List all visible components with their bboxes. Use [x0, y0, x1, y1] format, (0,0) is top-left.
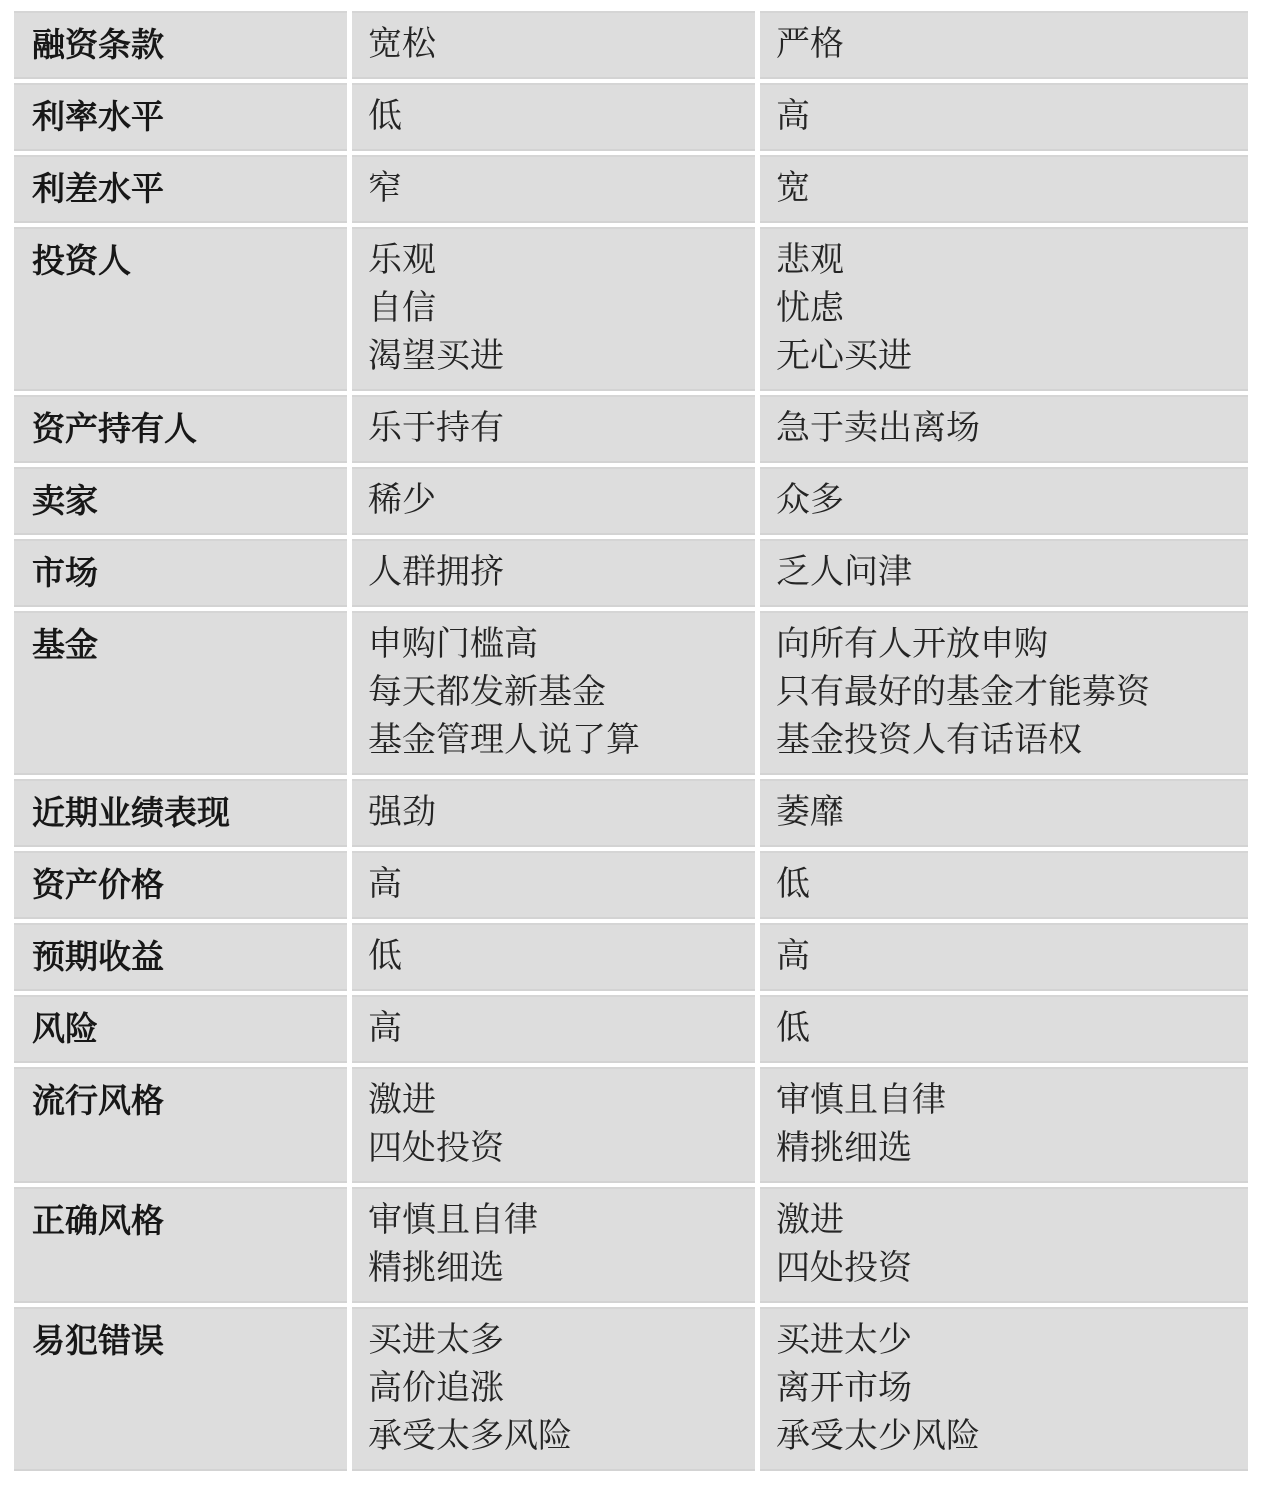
cell-line: 低 [368, 933, 739, 981]
cell-line: 高 [776, 933, 1232, 981]
cell-line: 悲观 [776, 237, 1232, 285]
value-cell-col2: 萎靡 [760, 779, 1248, 847]
value-cell-col2: 低 [760, 851, 1248, 919]
cell-line: 高 [368, 861, 739, 909]
value-cell-col2: 乏人问津 [760, 539, 1248, 607]
row-label: 资产持有人 [14, 395, 347, 463]
cell-line: 低 [776, 1005, 1232, 1053]
cell-line: 强劲 [368, 789, 739, 837]
value-cell-col2: 高 [760, 923, 1248, 991]
row-label: 投资人 [14, 227, 347, 391]
value-cell-col2: 宽 [760, 155, 1248, 223]
page: 融资条款宽松严格利率水平低高利差水平窄宽投资人乐观自信渴望买进悲观忧虑无心买进资… [0, 0, 1262, 1496]
cell-line: 向所有人开放申购 [776, 621, 1232, 669]
row-label: 利差水平 [14, 155, 347, 223]
cell-line: 萎靡 [776, 789, 1232, 837]
row-label: 卖家 [14, 467, 347, 535]
value-cell-col1: 人群拥挤 [352, 539, 755, 607]
row-label: 流行风格 [14, 1067, 347, 1183]
cell-line: 严格 [776, 21, 1232, 69]
row-label: 近期业绩表现 [14, 779, 347, 847]
cell-line: 无心买进 [776, 333, 1232, 381]
value-cell-col1: 乐于持有 [352, 395, 755, 463]
cell-line: 宽 [776, 165, 1232, 213]
value-cell-col2: 低 [760, 995, 1248, 1063]
row-label: 风险 [14, 995, 347, 1063]
value-cell-col1: 低 [352, 83, 755, 151]
cell-line: 只有最好的基金才能募资 [776, 669, 1232, 717]
value-cell-col1: 宽松 [352, 11, 755, 79]
value-cell-col2: 审慎且自律精挑细选 [760, 1067, 1248, 1183]
row-label: 资产价格 [14, 851, 347, 919]
cell-line: 高价追涨 [368, 1365, 739, 1413]
cell-line: 承受太少风险 [776, 1413, 1232, 1461]
value-cell-col2: 严格 [760, 11, 1248, 79]
value-cell-col2: 买进太少离开市场承受太少风险 [760, 1307, 1248, 1471]
value-cell-col1: 高 [352, 995, 755, 1063]
cell-line: 基金管理人说了算 [368, 717, 739, 765]
cell-line: 宽松 [368, 21, 739, 69]
value-cell-col1: 申购门槛高每天都发新基金基金管理人说了算 [352, 611, 755, 775]
cell-line: 自信 [368, 285, 739, 333]
cell-line: 四处投资 [776, 1245, 1232, 1293]
row-label: 易犯错误 [14, 1307, 347, 1471]
cell-line: 审慎且自律 [368, 1197, 739, 1245]
row-label: 预期收益 [14, 923, 347, 991]
cell-line: 审慎且自律 [776, 1077, 1232, 1125]
cell-line: 渴望买进 [368, 333, 739, 381]
value-cell-col1: 乐观自信渴望买进 [352, 227, 755, 391]
cell-line: 乐于持有 [368, 405, 739, 453]
row-label: 市场 [14, 539, 347, 607]
cell-line: 精挑细选 [368, 1245, 739, 1293]
cell-line: 激进 [368, 1077, 739, 1125]
value-cell-col1: 审慎且自律精挑细选 [352, 1187, 755, 1303]
value-cell-col2: 急于卖出离场 [760, 395, 1248, 463]
cell-line: 激进 [776, 1197, 1232, 1245]
cell-line: 买进太多 [368, 1317, 739, 1365]
cell-line: 基金投资人有话语权 [776, 717, 1232, 765]
cell-line: 低 [368, 93, 739, 141]
cell-line: 低 [776, 861, 1232, 909]
cell-line: 乐观 [368, 237, 739, 285]
value-cell-col2: 激进四处投资 [760, 1187, 1248, 1303]
value-cell-col1: 窄 [352, 155, 755, 223]
cell-line: 众多 [776, 477, 1232, 525]
cell-line: 离开市场 [776, 1365, 1232, 1413]
cell-line: 买进太少 [776, 1317, 1232, 1365]
value-cell-col1: 买进太多高价追涨承受太多风险 [352, 1307, 755, 1471]
cell-line: 乏人问津 [776, 549, 1232, 597]
cell-line: 承受太多风险 [368, 1413, 739, 1461]
row-label: 基金 [14, 611, 347, 775]
value-cell-col1: 激进四处投资 [352, 1067, 755, 1183]
row-label: 正确风格 [14, 1187, 347, 1303]
row-label: 利率水平 [14, 83, 347, 151]
row-label: 融资条款 [14, 11, 347, 79]
value-cell-col2: 悲观忧虑无心买进 [760, 227, 1248, 391]
cell-line: 每天都发新基金 [368, 669, 739, 717]
value-cell-col1: 强劲 [352, 779, 755, 847]
cell-line: 忧虑 [776, 285, 1232, 333]
cell-line: 急于卖出离场 [776, 405, 1232, 453]
cell-line: 人群拥挤 [368, 549, 739, 597]
value-cell-col2: 向所有人开放申购只有最好的基金才能募资基金投资人有话语权 [760, 611, 1248, 775]
cell-line: 高 [776, 93, 1232, 141]
market-cycle-table: 融资条款宽松严格利率水平低高利差水平窄宽投资人乐观自信渴望买进悲观忧虑无心买进资… [14, 11, 1248, 1471]
cell-line: 申购门槛高 [368, 621, 739, 669]
value-cell-col1: 稀少 [352, 467, 755, 535]
cell-line: 精挑细选 [776, 1125, 1232, 1173]
value-cell-col2: 高 [760, 83, 1248, 151]
value-cell-col1: 低 [352, 923, 755, 991]
value-cell-col2: 众多 [760, 467, 1248, 535]
cell-line: 稀少 [368, 477, 739, 525]
cell-line: 四处投资 [368, 1125, 739, 1173]
cell-line: 窄 [368, 165, 739, 213]
cell-line: 高 [368, 1005, 739, 1053]
value-cell-col1: 高 [352, 851, 755, 919]
